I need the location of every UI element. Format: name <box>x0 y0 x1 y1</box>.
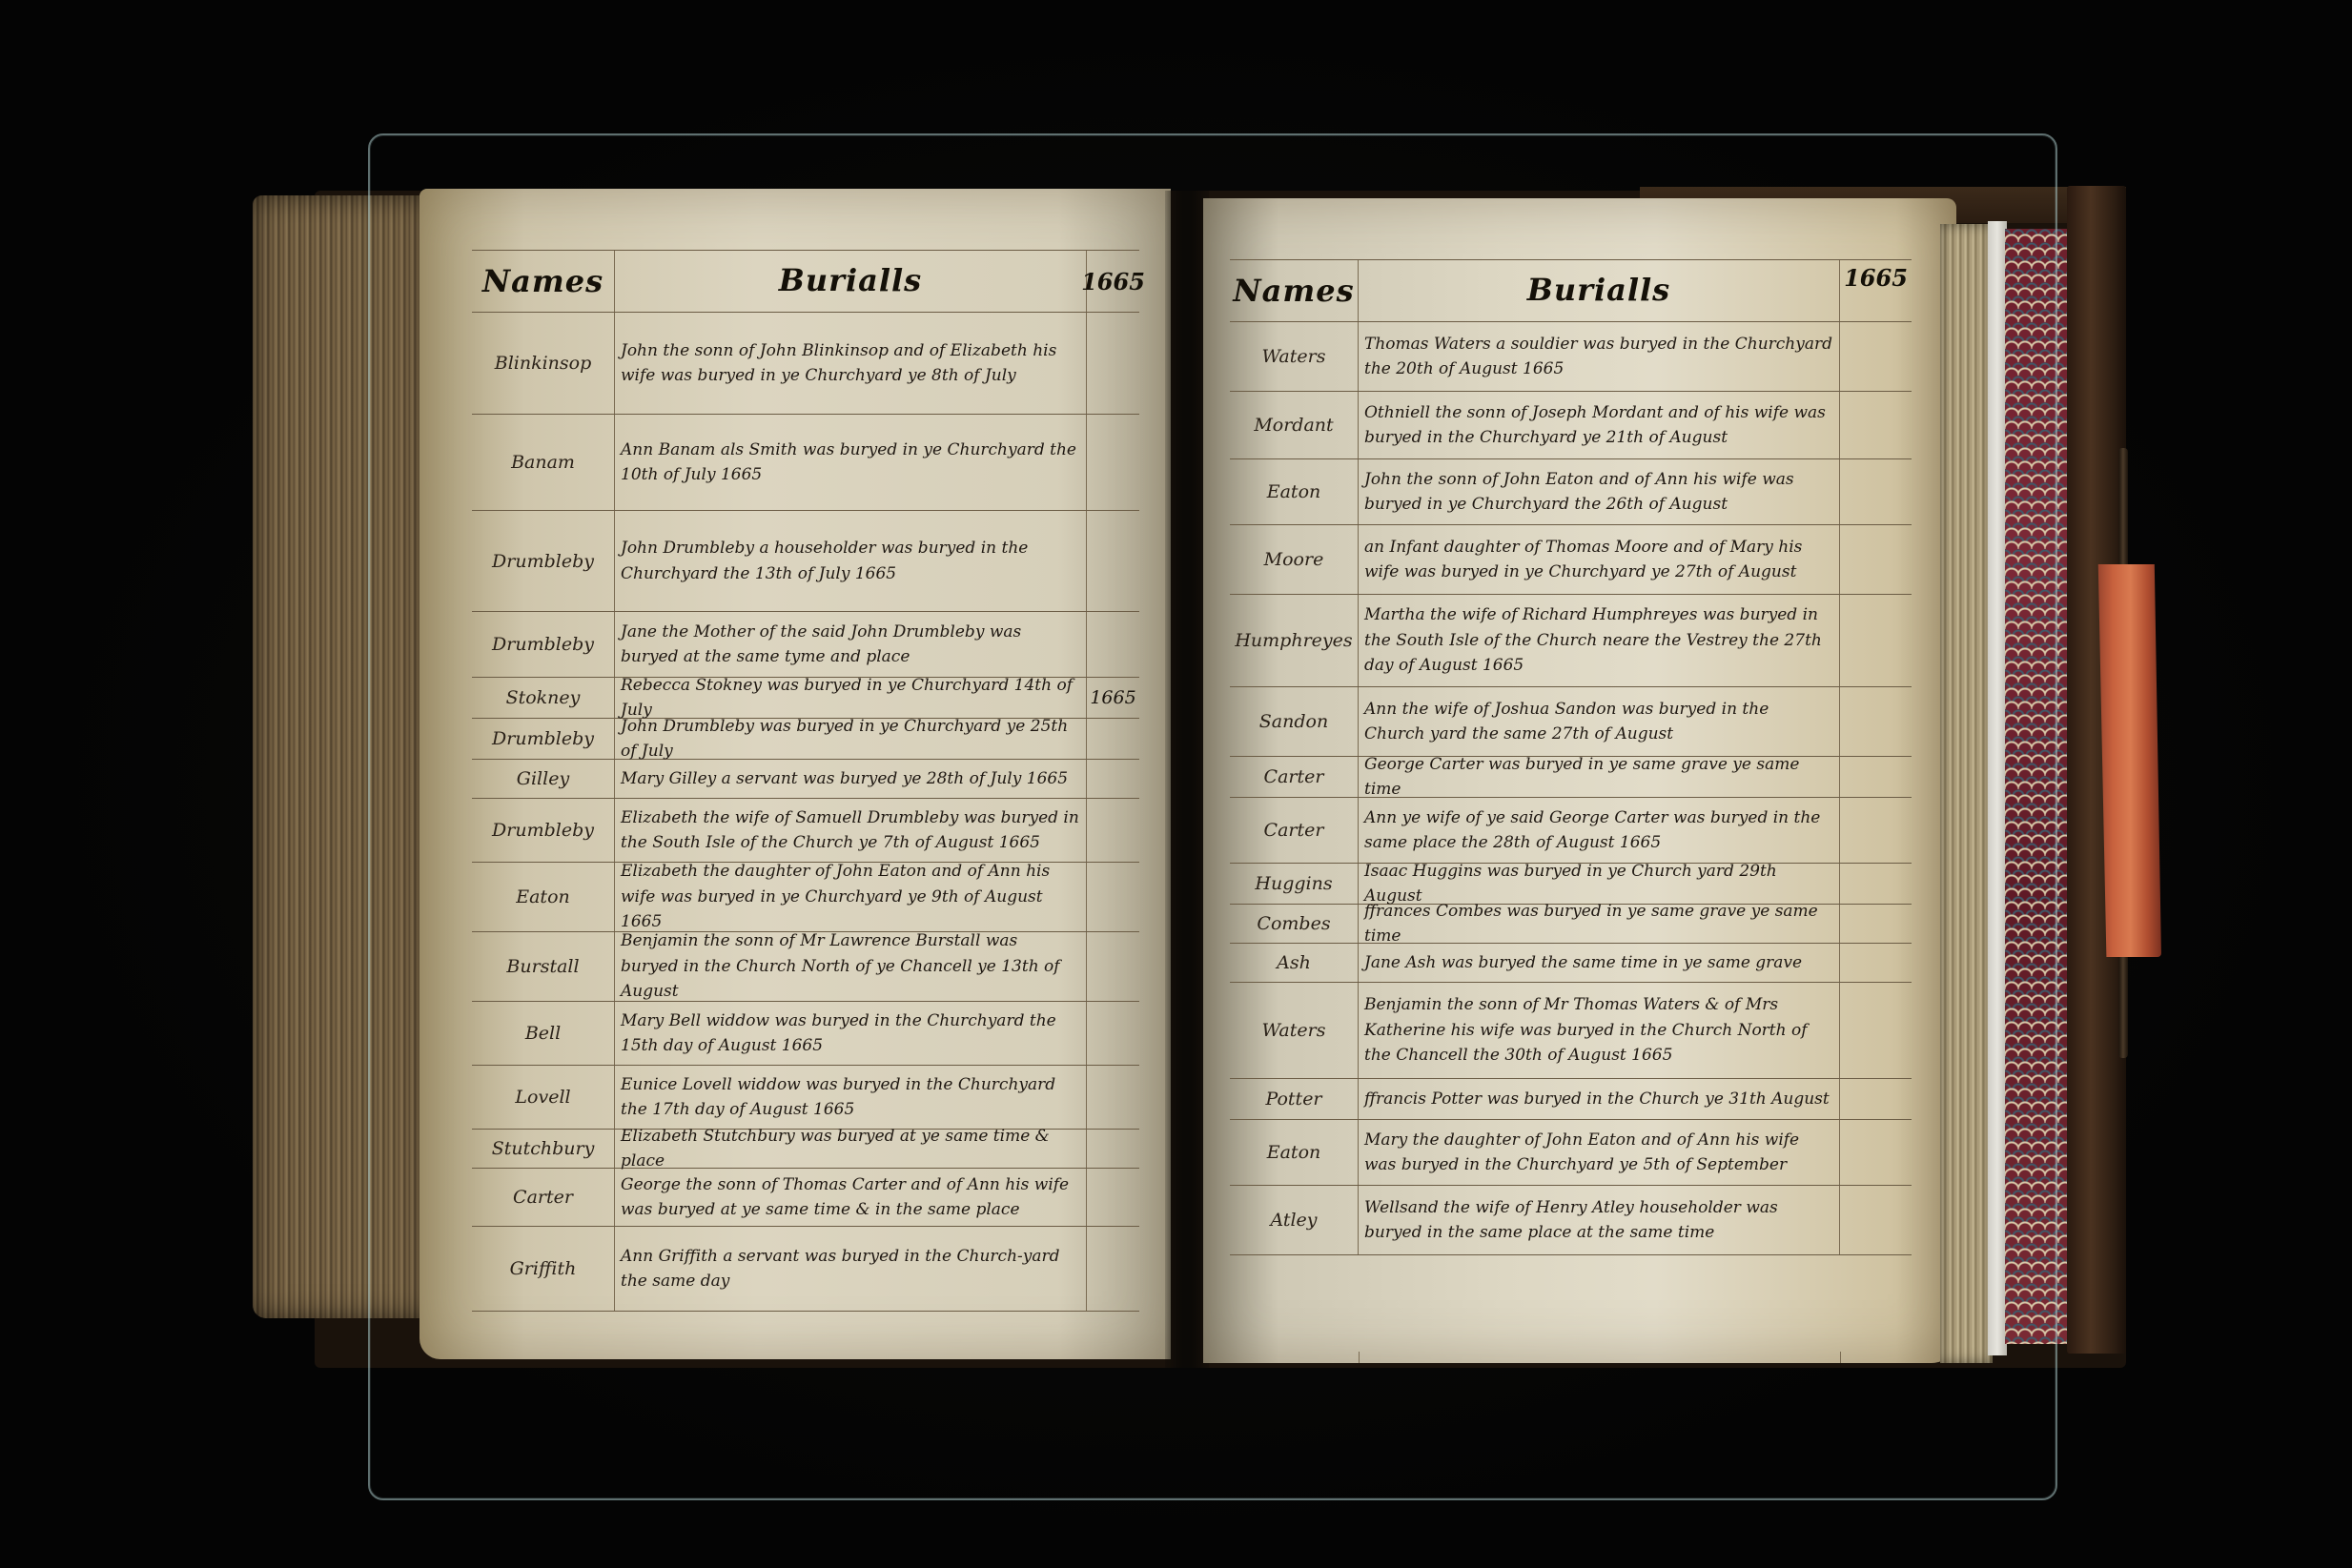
surname: Carter <box>1230 757 1359 797</box>
burial-entry: Elizabeth the wife of Samuell Drumbleby … <box>615 799 1087 862</box>
margin-year <box>1087 863 1139 931</box>
register-row: Moore an Infant daughter of Thomas Moore… <box>1230 525 1912 595</box>
margin-year-empty <box>1840 687 1912 756</box>
left-register-table: Names Burialls 1665 Blinkinsop John the … <box>472 250 1139 1312</box>
register-row: Atley Wellsand the wife of Henry Atley h… <box>1230 1186 1912 1255</box>
flyleaf <box>1988 221 2007 1355</box>
right-register-table: Names Burialls 1665 Waters Thomas Waters… <box>1230 259 1912 1255</box>
surname: Combes <box>1230 905 1359 943</box>
register-row: Eaton John the sonn of John Eaton and of… <box>1230 459 1912 525</box>
surname: Moore <box>1230 525 1359 594</box>
surname: Huggins <box>1230 864 1359 904</box>
burial-entry: John Drumbleby was buryed in ye Churchya… <box>615 719 1087 759</box>
register-row: Burstall Benjamin the sonn of Mr Lawrenc… <box>472 932 1139 1002</box>
burial-entry: Jane the Mother of the said John Drumble… <box>615 612 1087 677</box>
burial-entry: George Carter was buryed in ye same grav… <box>1359 757 1840 797</box>
surname: Humphreyes <box>1230 595 1359 686</box>
burial-entry: John Drumbleby a householder was buryed … <box>615 511 1087 611</box>
ruled-line <box>1359 1352 1360 1363</box>
burial-entry: ffrances Combes was buryed in ye same gr… <box>1359 905 1840 943</box>
margin-year <box>1087 1066 1139 1129</box>
ruled-line <box>1840 1352 1841 1363</box>
surname: Carter <box>1230 798 1359 863</box>
register-row: Griffith Ann Griffith a servant was bury… <box>472 1227 1139 1312</box>
register-row: Drumbleby John Drumbleby a householder w… <box>472 511 1139 612</box>
year-header: 1665 <box>1087 251 1139 312</box>
year-header: 1665 <box>1840 260 1912 321</box>
margin-year-empty <box>1840 944 1912 982</box>
register-row: Eaton Mary the daughter of John Eaton an… <box>1230 1120 1912 1186</box>
burial-entry: Elizabeth Stutchbury was buryed at ye sa… <box>615 1130 1087 1168</box>
register-row: Banam Ann Banam als Smith was buryed in … <box>472 415 1139 511</box>
margin-year <box>1087 1227 1139 1311</box>
margin-year <box>1087 932 1139 1001</box>
burial-entry: Rebecca Stokney was buryed in ye Churchy… <box>615 678 1087 718</box>
surname: Mordant <box>1230 392 1359 458</box>
burial-entry: John the sonn of John Blinkinsop and of … <box>615 313 1087 414</box>
margin-year-empty <box>1840 525 1912 594</box>
burials-column-header: Burialls <box>615 251 1087 312</box>
burial-entry: Ann Griffith a servant was buryed in the… <box>615 1227 1087 1311</box>
burial-entry: Ann the wife of Joshua Sandon was buryed… <box>1359 687 1840 756</box>
margin-year-empty <box>1840 757 1912 797</box>
margin-year <box>1087 799 1139 862</box>
names-column-header: Names <box>1230 260 1359 321</box>
surname: Burstall <box>472 932 615 1001</box>
margin-year-empty <box>1840 595 1912 686</box>
burial-entry: ffrancis Potter was buryed in the Church… <box>1359 1079 1840 1119</box>
burial-entry: Eunice Lovell widdow was buryed in the C… <box>615 1066 1087 1129</box>
register-row: Combes ffrances Combes was buryed in ye … <box>1230 905 1912 944</box>
margin-year <box>1087 1002 1139 1065</box>
margin-year <box>1087 719 1139 759</box>
surname: Drumbleby <box>472 799 615 862</box>
register-row: Carter George Carter was buryed in ye sa… <box>1230 757 1912 798</box>
register-row: Eaton Elizabeth the daughter of John Eat… <box>472 863 1139 932</box>
surname: Stutchbury <box>472 1130 615 1168</box>
register-row: Waters Thomas Waters a souldier was bury… <box>1230 322 1912 392</box>
register-row: Stutchbury Elizabeth Stutchbury was bury… <box>472 1130 1139 1169</box>
burial-entry: an Infant daughter of Thomas Moore and o… <box>1359 525 1840 594</box>
register-row: Blinkinsop John the sonn of John Blinkin… <box>472 313 1139 415</box>
margin-year-empty <box>1840 322 1912 391</box>
burial-entry: Mary the daughter of John Eaton and of A… <box>1359 1120 1840 1185</box>
register-row: Drumbleby Jane the Mother of the said Jo… <box>472 612 1139 678</box>
left-page-stack <box>253 195 429 1318</box>
margin-year <box>1087 415 1139 510</box>
register-row: Bell Mary Bell widdow was buryed in the … <box>472 1002 1139 1066</box>
burial-entry: Ann Banam als Smith was buryed in ye Chu… <box>615 415 1087 510</box>
burial-entry: Martha the wife of Richard Humphreyes wa… <box>1359 595 1840 686</box>
register-row: Gilley Mary Gilley a servant was buryed … <box>472 760 1139 799</box>
burial-entry: George the sonn of Thomas Carter and of … <box>615 1169 1087 1226</box>
surname: Eaton <box>1230 1120 1359 1185</box>
register-row: Stokney Rebecca Stokney was buryed in ye… <box>472 678 1139 719</box>
left-header-row: Names Burialls 1665 <box>472 250 1139 313</box>
left-page: Names Burialls 1665 Blinkinsop John the … <box>419 189 1171 1359</box>
right-page: Names Burialls 1665 Waters Thomas Waters… <box>1203 198 1956 1363</box>
burial-entry: Elizabeth the daughter of John Eaton and… <box>615 863 1087 931</box>
register-row: Drumbleby John Drumbleby was buryed in y… <box>472 719 1139 760</box>
margin-year <box>1087 313 1139 414</box>
margin-year <box>1087 612 1139 677</box>
register-row: Sandon Ann the wife of Joshua Sandon was… <box>1230 687 1912 757</box>
right-page-stack <box>1940 224 1993 1363</box>
surname: Potter <box>1230 1079 1359 1119</box>
surname: Blinkinsop <box>472 313 615 414</box>
surname: Eaton <box>1230 459 1359 524</box>
burial-entry: Benjamin the sonn of Mr Thomas Waters & … <box>1359 983 1840 1078</box>
surname: Drumbleby <box>472 511 615 611</box>
register-row: Carter George the sonn of Thomas Carter … <box>472 1169 1139 1227</box>
surname: Waters <box>1230 322 1359 391</box>
burial-entry: Mary Gilley a servant was buryed ye 28th… <box>615 760 1087 798</box>
register-row: Potter ffrancis Potter was buryed in the… <box>1230 1079 1912 1120</box>
surname: Bell <box>472 1002 615 1065</box>
burial-entry: Jane Ash was buryed the same time in ye … <box>1359 944 1840 982</box>
register-row: Ash Jane Ash was buryed the same time in… <box>1230 944 1912 983</box>
margin-year-empty <box>1840 905 1912 943</box>
margin-year-empty <box>1840 459 1912 524</box>
surname: Atley <box>1230 1186 1359 1254</box>
margin-year <box>1087 1169 1139 1226</box>
burial-entry: John the sonn of John Eaton and of Ann h… <box>1359 459 1840 524</box>
surname: Drumbleby <box>472 612 615 677</box>
surname: Carter <box>472 1169 615 1226</box>
burial-entry: Benjamin the sonn of Mr Lawrence Burstal… <box>615 932 1087 1001</box>
register-row: Drumbleby Elizabeth the wife of Samuell … <box>472 799 1139 863</box>
margin-year-empty <box>1840 864 1912 904</box>
register-row: Mordant Othniell the sonn of Joseph Mord… <box>1230 392 1912 459</box>
margin-year: 1665 <box>1087 678 1139 718</box>
burial-entry: Othniell the sonn of Joseph Mordant and … <box>1359 392 1840 458</box>
margin-year-empty <box>1840 1186 1912 1254</box>
register-row: Lovell Eunice Lovell widdow was buryed i… <box>472 1066 1139 1130</box>
surname: Banam <box>472 415 615 510</box>
burial-entry: Ann ye wife of ye said George Carter was… <box>1359 798 1840 863</box>
burial-entry: Mary Bell widdow was buryed in the Churc… <box>615 1002 1087 1065</box>
surname: Stokney <box>472 678 615 718</box>
register-row: Waters Benjamin the sonn of Mr Thomas Wa… <box>1230 983 1912 1079</box>
surname: Drumbleby <box>472 719 615 759</box>
right-header-row: Names Burialls 1665 <box>1230 259 1912 322</box>
surname: Ash <box>1230 944 1359 982</box>
surname: Lovell <box>472 1066 615 1129</box>
marbled-endpaper <box>2005 229 2074 1344</box>
margin-year-empty <box>1840 1120 1912 1185</box>
margin-year <box>1087 1130 1139 1168</box>
surname: Eaton <box>472 863 615 931</box>
register-row: Carter Ann ye wife of ye said George Car… <box>1230 798 1912 864</box>
register-row: Humphreyes Martha the wife of Richard Hu… <box>1230 595 1912 687</box>
surname: Gilley <box>472 760 615 798</box>
margin-year-empty <box>1840 983 1912 1078</box>
burial-entry: Wellsand the wife of Henry Atley househo… <box>1359 1186 1840 1254</box>
margin-year-empty <box>1840 392 1912 458</box>
surname: Griffith <box>472 1227 615 1311</box>
burials-column-header: Burialls <box>1359 260 1840 321</box>
margin-year-empty <box>1840 1079 1912 1119</box>
margin-year <box>1087 760 1139 798</box>
margin-year <box>1087 511 1139 611</box>
burial-entry: Thomas Waters a souldier was buryed in t… <box>1359 322 1840 391</box>
names-column-header: Names <box>472 251 615 312</box>
surname: Waters <box>1230 983 1359 1078</box>
margin-year-empty <box>1840 798 1912 863</box>
surname: Sandon <box>1230 687 1359 756</box>
